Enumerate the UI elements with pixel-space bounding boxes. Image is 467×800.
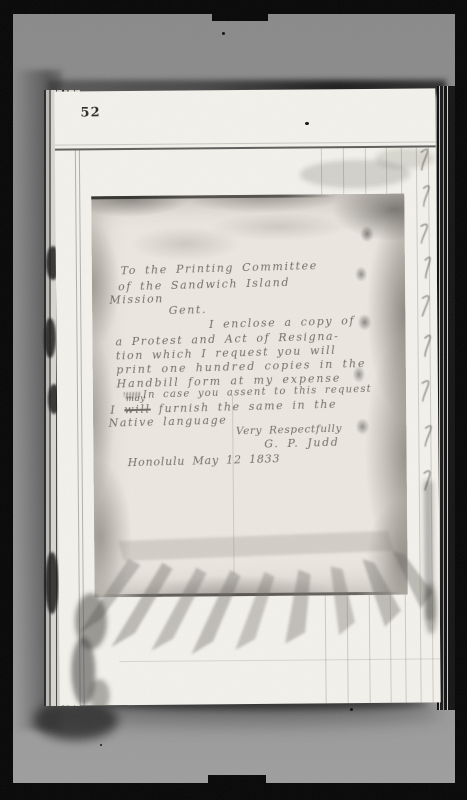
letter-address-line: To the Printing Committee [121,259,318,277]
page-number: 52 [80,105,100,120]
letter-address-line: of the Sandwich Island [118,276,290,293]
ledger-page: 52 To the Printing Committee of the Sand… [54,88,440,705]
letter-body-text: furnish the same in the [151,398,338,416]
film-notch-bottom [208,775,266,784]
ledger-column-line [416,146,422,703]
letter-dateline: Honolulu May 12 1833 [128,452,281,469]
struck-word: willmay [124,403,151,417]
letter-address-line: Mission [109,292,164,306]
binding-stain [45,552,59,614]
letter-salutation: Gent. [169,303,208,317]
letter-body-line: Native language [108,414,227,430]
dust-speck [100,744,102,746]
dust-speck [222,32,225,35]
dust-speck [350,708,353,711]
inserted-word: may [126,394,146,405]
struck-word-text: will [124,403,151,417]
microfilm-frame: 52 To the Printing Committee of the Sand… [0,0,467,800]
dust-speck [305,122,309,125]
letter-body-line: I enclose a copy of [209,314,355,331]
pasted-letter: To the Printing Committee of the Sandwic… [91,194,407,598]
letter-signature: G. P. Judd [264,436,339,451]
ledger-rule-lower [119,658,440,662]
letter-text: To the Printing Committee of the Sandwic… [88,191,411,600]
film-notch-top [212,14,268,21]
bottom-left-shadow-blob [34,700,118,740]
binding-stain [44,318,56,358]
ledger-column-line [428,145,434,702]
ledger-rule-horizontal [55,145,436,150]
letter-body-text: I [110,403,124,416]
